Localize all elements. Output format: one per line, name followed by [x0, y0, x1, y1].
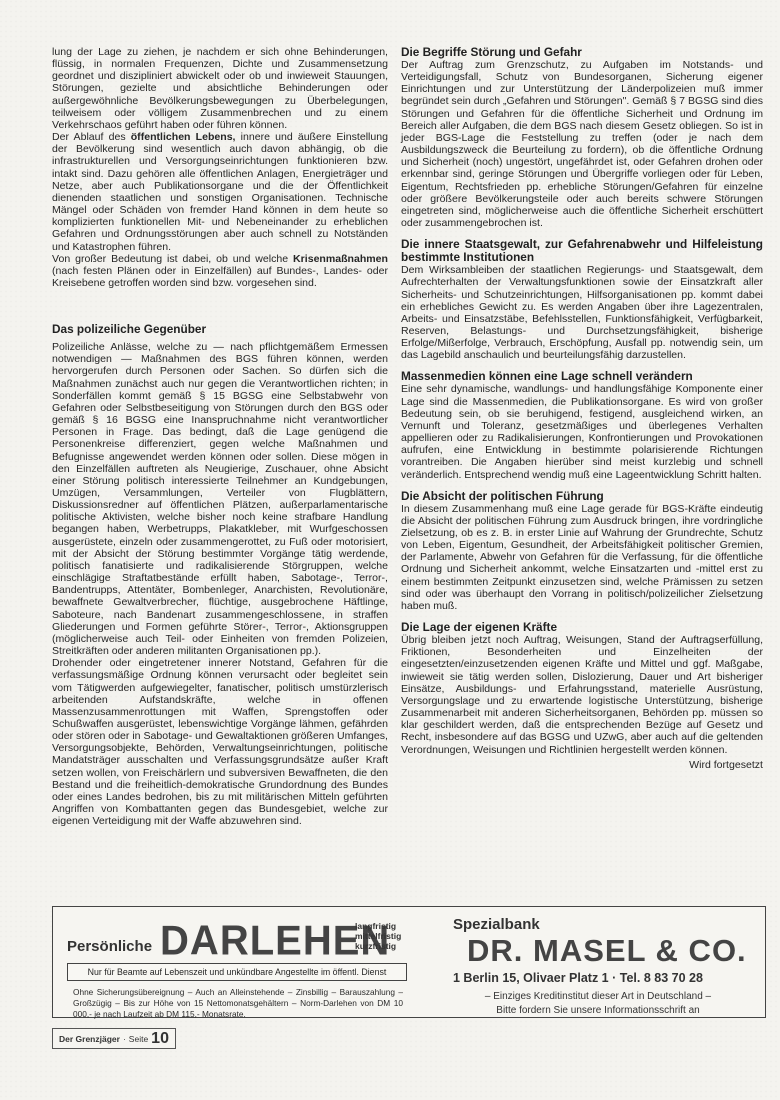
- section-text: Übrig bleiben jetzt noch Auftrag, Weisun…: [401, 634, 763, 756]
- magazine-page: lung der Lage zu ziehen, je nachdem er s…: [0, 0, 780, 1100]
- section-heading: Massenmedien können eine Lage schnell ve…: [401, 370, 763, 383]
- page-number: 10: [151, 1030, 169, 1048]
- text: (nach festen Plänen oder in Einzelfällen…: [52, 265, 388, 289]
- loan-terms: langfristig mittelfristig kurzfristig: [355, 921, 401, 951]
- text: Von großer Bedeutung ist dabei, ob und w…: [52, 253, 293, 265]
- bank-address: 1 Berlin 15, Olivaer Platz 1 · Tel. 8 83…: [453, 971, 703, 985]
- section-text: In diesem Zusammenhang muß eine Lage ger…: [401, 503, 763, 612]
- publication-name: Der Grenzjäger: [59, 1034, 120, 1044]
- section-heading: Die Lage der eigenen Kräfte: [401, 621, 763, 634]
- page-footer: Der Grenzjäger · Seite 10: [52, 1028, 176, 1049]
- term-short: kurzfristig: [355, 941, 401, 951]
- bank-info-request: Bitte fordern Sie unsere Informationssch…: [453, 1005, 743, 1016]
- section-text: Dem Wirksambleiben der staatlichen Regie…: [401, 264, 763, 361]
- loan-ad-header: Persönliche DARLEHEN: [67, 921, 390, 961]
- section-heading-police-counterpart: Das polizeiliche Gegenüber: [52, 323, 388, 336]
- text: innere und äußere Einstellung der Bevölk…: [52, 131, 388, 252]
- loan-conditions: Ohne Sicherungsübereignung – Auch an All…: [73, 987, 403, 1020]
- bold-term: öffentlichen Lebens,: [131, 131, 236, 143]
- section-text: Eine sehr dynamische, wandlungs- und han…: [401, 383, 763, 480]
- section-heading: Die Begriffe Störung und Gefahr: [401, 46, 763, 59]
- term-long: langfristig: [355, 921, 401, 931]
- bank-label: Spezialbank: [453, 916, 540, 933]
- text: Der Ablauf des: [52, 131, 131, 143]
- section-text: Der Auftrag zum Grenzschutz, zu Aufgaben…: [401, 59, 763, 229]
- bank-name: DR. MASEL & CO.: [467, 933, 747, 969]
- separator: ·: [123, 1034, 126, 1044]
- bold-term: Krisenmaßnahmen: [293, 253, 388, 265]
- continued-note: Wird fortgesetzt: [401, 759, 763, 771]
- loan-ad: Persönliche DARLEHEN langfristig mittelf…: [53, 907, 423, 1017]
- page-label: Seite: [129, 1034, 148, 1044]
- section-heading: Die Absicht der politischen Führung: [401, 490, 763, 503]
- bank-ad: Spezialbank DR. MASEL & CO. 1 Berlin 15,…: [453, 907, 753, 1017]
- eligibility-notice: Nur für Beamte auf Lebenszeit und unkünd…: [67, 963, 407, 981]
- term-medium: mittelfristig: [355, 931, 401, 941]
- left-column: lung der Lage zu ziehen, je nachdem er s…: [52, 46, 388, 827]
- right-column: Die Begriffe Störung und Gefahr Der Auft…: [401, 46, 763, 771]
- paragraph-crisis-measures: Von großer Bedeutung ist dabei, ob und w…: [52, 253, 388, 289]
- section-heading: Die innere Staatsgewalt, zur Gefahrenabw…: [401, 238, 763, 264]
- paragraph-traffic: lung der Lage zu ziehen, je nachdem er s…: [52, 46, 388, 131]
- advertisement: Persönliche DARLEHEN langfristig mittelf…: [52, 906, 766, 1018]
- spacer: [52, 289, 388, 323]
- paragraph-police-occasions: Polizeiliche Anlässe, welche zu — nach p…: [52, 341, 388, 657]
- paragraph-public-life: Der Ablauf des öffentlichen Lebens, inne…: [52, 131, 388, 253]
- loan-ad-prefix: Persönliche: [67, 938, 152, 955]
- paragraph-emergency: Drohender oder eingetretener innerer Not…: [52, 657, 388, 827]
- bank-exclusive: – Einziges Kreditinstitut dieser Art in …: [453, 991, 743, 1002]
